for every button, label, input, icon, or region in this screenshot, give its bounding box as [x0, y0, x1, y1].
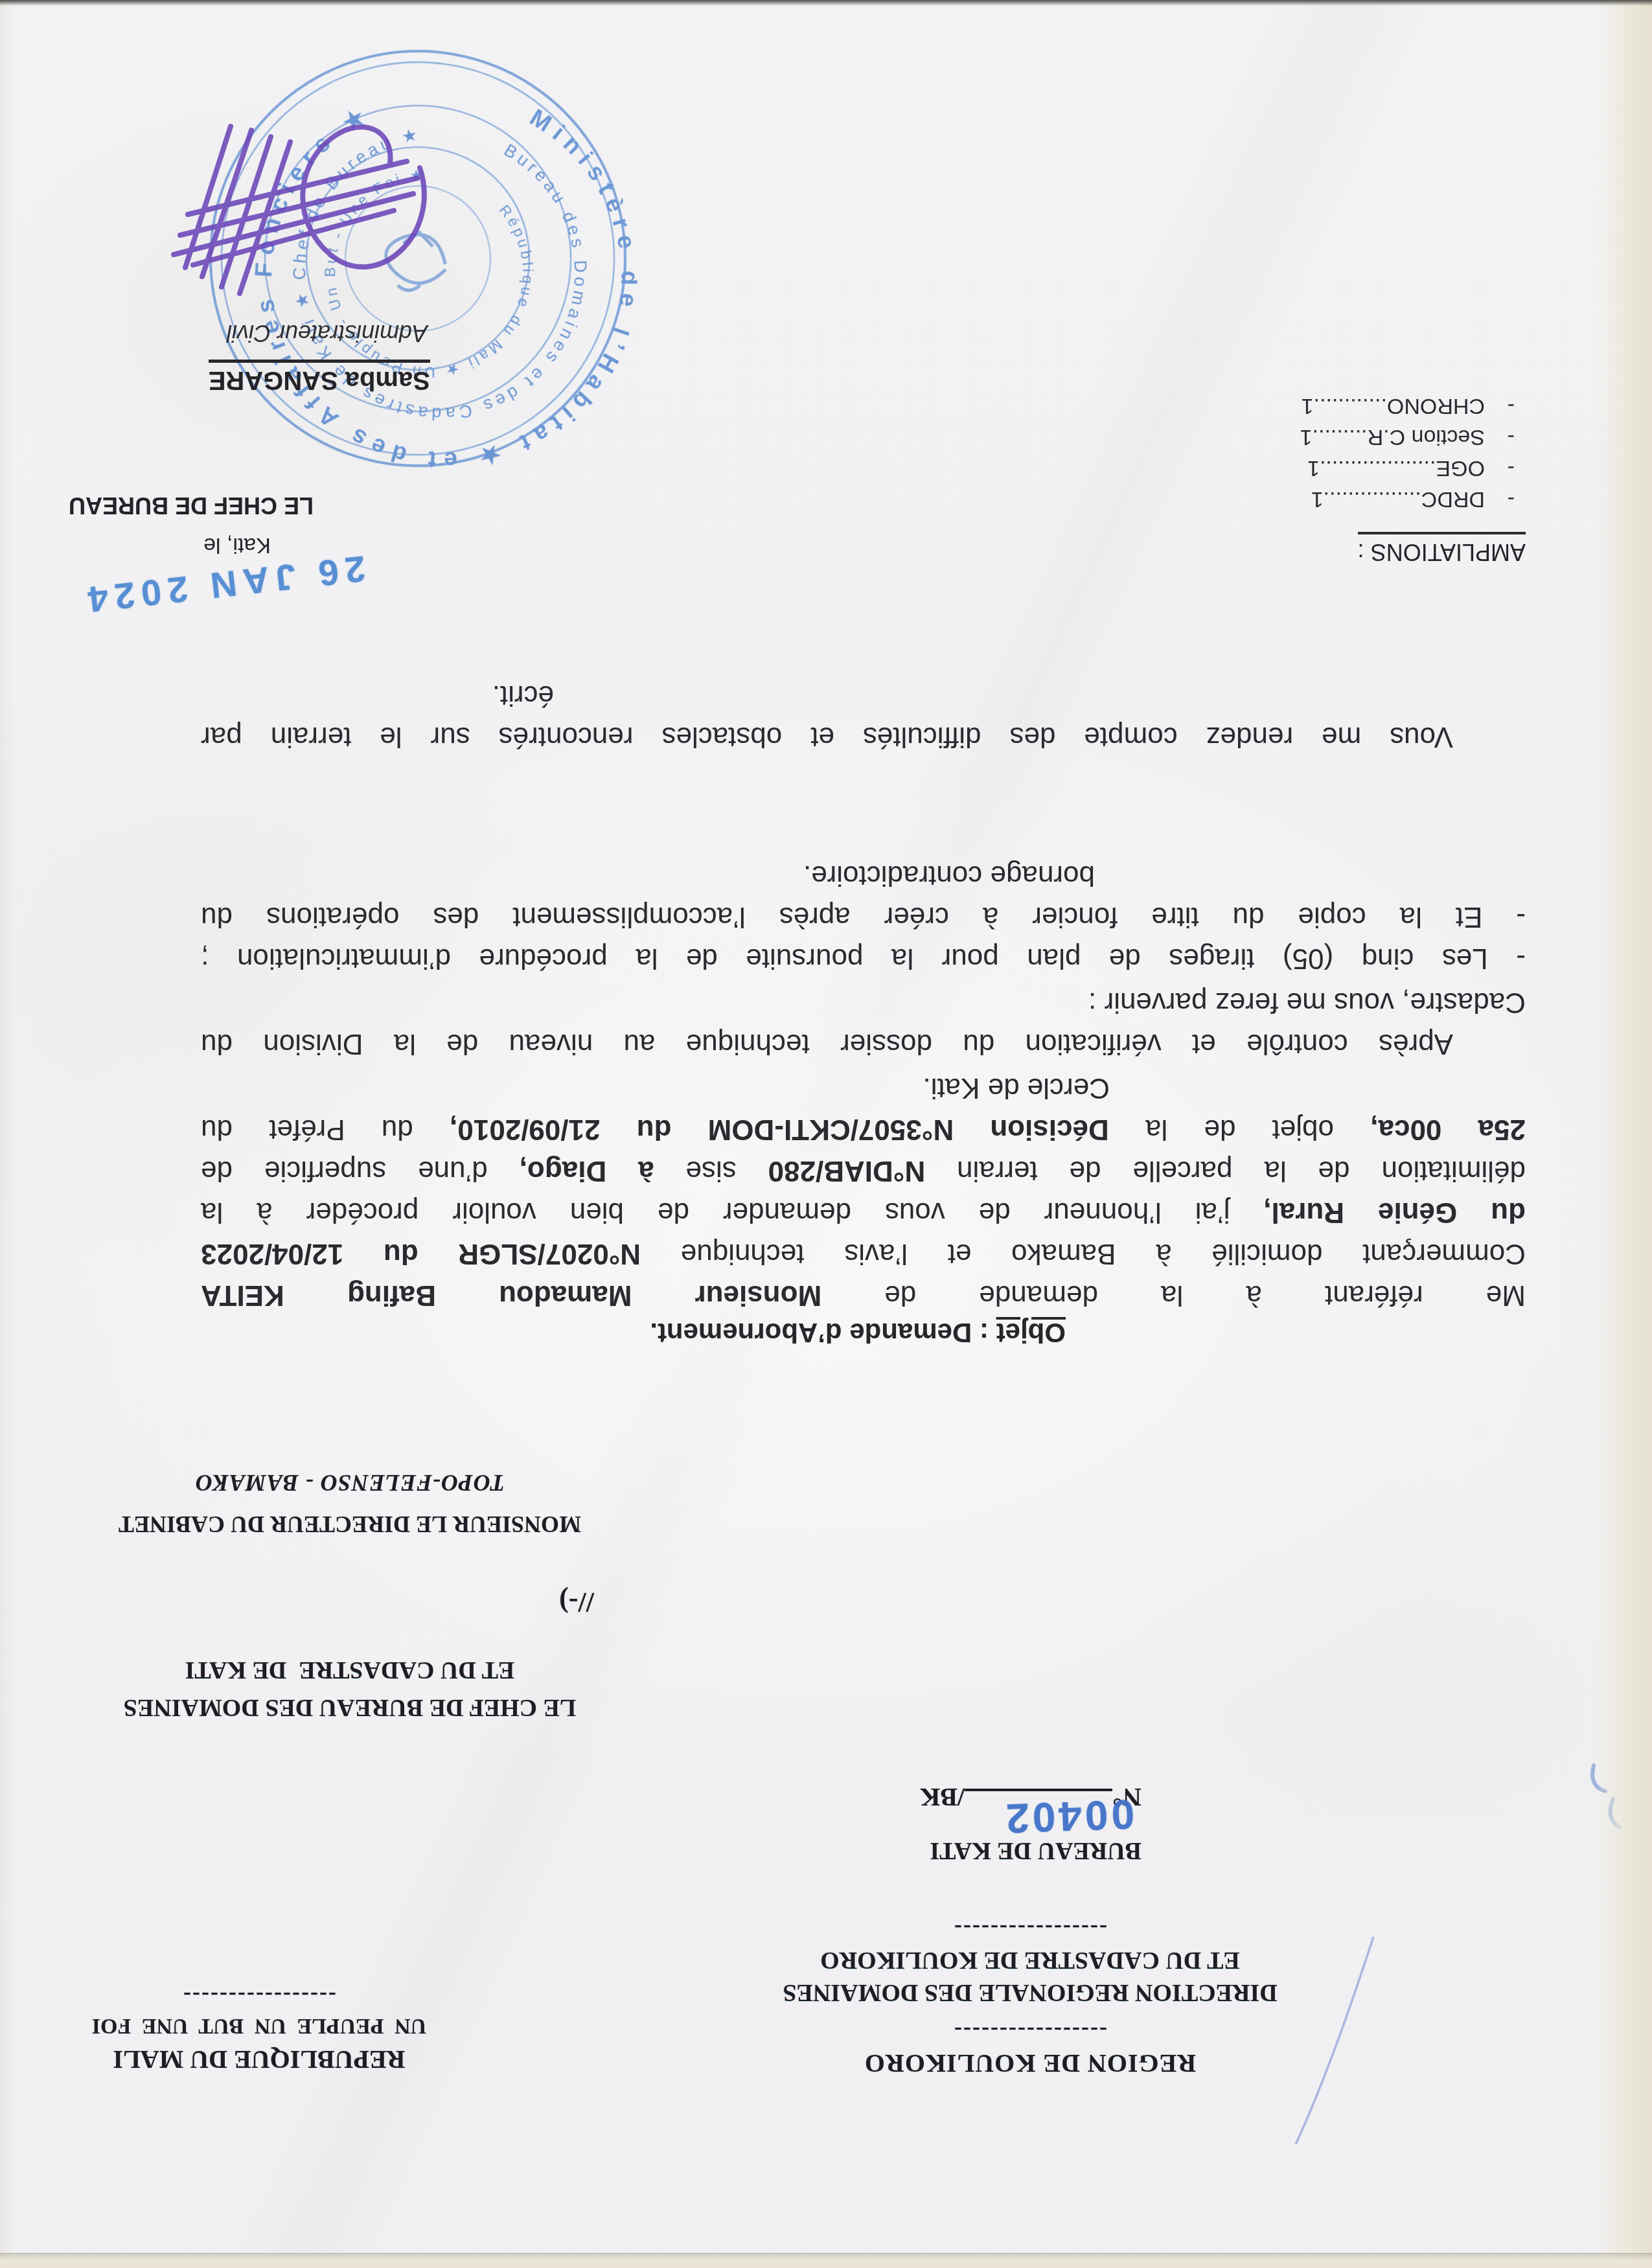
body-line: délimitationdelaparcelledeterrainN°DIAB/…	[201, 1150, 1526, 1191]
signer-title: LE CHEF DE BUREAU	[69, 492, 314, 519]
ampliation-item: -Section C.R.........1	[1300, 422, 1515, 453]
separator-dashes: -----------------	[26, 1982, 492, 2010]
body-text: MeréférantàlademandedeMonsieurMamadouBaf…	[201, 674, 1526, 1316]
body-line-list-item: -Lescinq(05)tiragesdeplanpourlapoursuite…	[201, 937, 1526, 979]
ampliation-item: -DRDC................1	[1300, 484, 1515, 515]
body-line: écrit.	[201, 674, 1526, 716]
body-line: Vousmerendezcomptedesdifficultésetobstac…	[201, 716, 1526, 757]
num-suffix: /BK	[920, 1783, 965, 1812]
direction-line-2: ET DU CADASTRE DE KOULIKORO	[771, 1946, 1289, 1975]
separator-dashes: -----------------	[771, 1915, 1289, 1942]
devise-line: UN PEUPLE UN BUT UNE FOI	[26, 2013, 492, 2038]
scan-edge-left	[0, 0, 16, 2268]
pen-stroke-artifact	[1224, 1899, 1419, 2177]
body-line: Cercle de Kati.	[201, 1067, 1526, 1108]
addressee-line-2: TOPO-FELENSO - BAMAKO	[110, 1465, 590, 1501]
sender-line-1: LE CHEF DE BUREAU DES DOMAINES	[110, 1689, 590, 1726]
body-line-list-item: -Etlacopiedutitrefoncieràcréeraprèsl’acc…	[201, 896, 1526, 937]
signer-name: Samba SANGARE	[209, 360, 430, 395]
body-line: Aprèscontrôleetvérificationdudossiertech…	[201, 1023, 1526, 1064]
ampliation-item: -OGE...................1	[1300, 453, 1515, 484]
stamped-number: 00402	[1002, 1790, 1135, 1842]
body-line: MeréférantàlademandedeMonsieurMamadouBaf…	[201, 1274, 1526, 1316]
ampliation-item: -CHRONO............1	[1300, 391, 1515, 422]
ampliations-list: -DRDC................1-OGE..............…	[1300, 391, 1515, 515]
addressee-line-1: MONSIEUR LE DIRECTEUR DU CABINET	[110, 1506, 590, 1542]
letter-content: REGION DE KOULIKORO ----------------- DI…	[0, 0, 1652, 2268]
sender-block: LE CHEF DE BUREAU DES DOMAINES ET DU CAD…	[110, 1651, 590, 1726]
body-line: 25a00ca,objetdelaDécisionN°3507/CKTI-DOM…	[201, 1108, 1526, 1150]
objet-text: : Demande d’Abornement.	[650, 1318, 996, 1348]
region-line: REGION DE KOULIKORO	[771, 2048, 1289, 2079]
objet-label: Objet	[996, 1318, 1066, 1348]
place-date-line: Kati, le	[203, 533, 271, 558]
body-line: duGénieRural,j’ail’honneurdevousdemander…	[201, 1191, 1526, 1233]
scan-edge-bottom	[0, 2253, 1652, 2268]
republique-line: REPUBLIQUE DU MALI	[26, 2045, 492, 2075]
ampliations-label: AMPLIATIONS :	[1358, 532, 1526, 566]
body-line: CommerçantdomiciliéàBamakoetl’avistechni…	[201, 1233, 1526, 1274]
handwritten-signature	[143, 111, 453, 331]
number-blank-line: 00402	[965, 1789, 1112, 1818]
reference-number-line: N°00402/BK	[920, 1782, 1141, 1818]
sender-line-2: ET DU CADASTRE DE KATI	[110, 1651, 590, 1689]
letterhead-right: REPUBLIQUE DU MALI UN PEUPLE UN BUT UNE …	[26, 1982, 492, 2075]
scan-edge-top	[0, 0, 1652, 6]
separator-dashes: -----------------	[771, 2017, 1289, 2045]
date-stamp: 26 JAN 2024	[80, 547, 368, 621]
scanned-letter: REGION DE KOULIKORO ----------------- DI…	[0, 0, 1652, 2268]
body-line: Cadastre, vous me ferez parvenir :	[201, 981, 1526, 1023]
scan-edge-right	[1596, 0, 1652, 2268]
typist-end-mark: //-)	[499, 1586, 654, 1619]
objet-line: Objet : Demande d’Abornement.	[650, 1317, 1066, 1348]
addressee-block: MONSIEUR LE DIRECTEUR DU CABINET TOPO-FE…	[110, 1465, 590, 1542]
direction-line-1: DIRECTION REGIONALE DES DOMAINES	[771, 1978, 1289, 2007]
letterhead-left: REGION DE KOULIKORO ----------------- DI…	[771, 1915, 1289, 2079]
body-line: bornage contradictoire.	[201, 854, 1526, 896]
